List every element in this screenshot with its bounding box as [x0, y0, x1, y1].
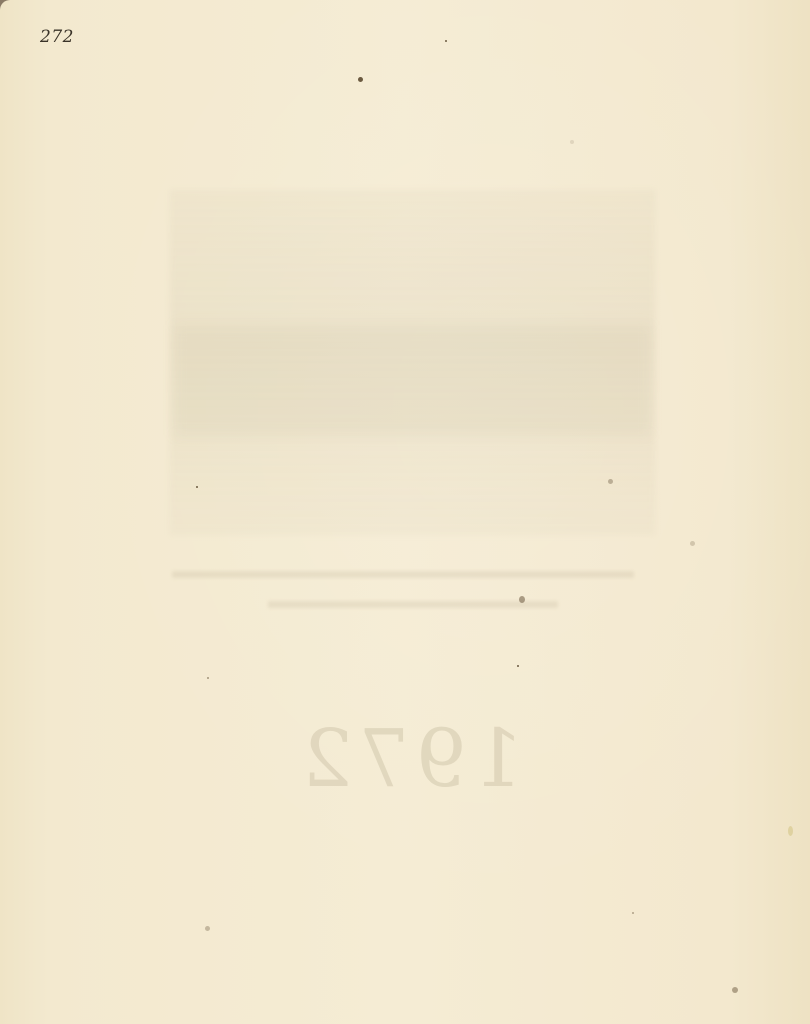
bleed-through-year: 1972	[296, 712, 524, 805]
bleed-through-caption-line	[172, 571, 634, 578]
paper-speck	[788, 826, 793, 836]
bleed-through-illustration-band	[175, 325, 650, 435]
paper-speck	[207, 677, 209, 679]
paper-speck	[445, 40, 447, 42]
paper-speck	[196, 486, 198, 488]
page-number: 272	[40, 27, 74, 47]
paper-speck	[732, 987, 738, 993]
paper-speck	[570, 140, 574, 144]
paper-speck	[690, 541, 695, 546]
paper-speck	[632, 912, 634, 914]
paper-speck	[205, 926, 210, 931]
paper-speck	[608, 479, 613, 484]
paper-speck	[358, 77, 363, 82]
bleed-through-caption-line	[268, 601, 558, 608]
paper-speck	[519, 596, 525, 603]
book-page: 272 1972	[0, 0, 810, 1024]
paper-speck	[517, 665, 519, 667]
